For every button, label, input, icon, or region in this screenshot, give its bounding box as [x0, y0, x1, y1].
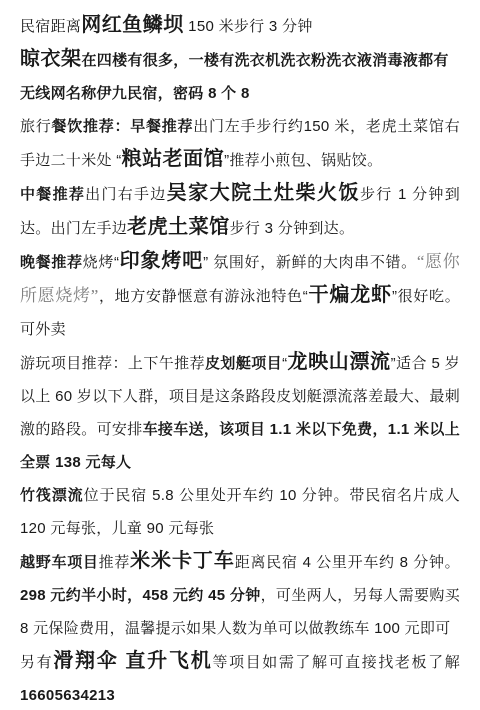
text-segment: 龙映山漂流 — [287, 351, 390, 373]
text-segment: 烧烤“ — [83, 254, 120, 271]
text-segment: 粮站老面馆 — [122, 148, 225, 170]
paragraph-lunch-recommendation: 中餐推荐出门右手边吴家大院土灶柴火饭步行 1 分钟到达。出门左手边老虎土菜馆步行… — [20, 177, 460, 245]
text-segment: 距离民宿 4 公里开车约 8 分钟。 — [235, 554, 460, 571]
paragraph-dinner-recommendation: 晚餐推荐烧烤“印象烤吧” 氛围好，新鲜的大肉串不错。“愿你所愿烧烤”，地方安静惬… — [20, 245, 460, 346]
paragraph-location-distance: 民宿距离网红鱼鳞坝 150 米步行 3 分钟 — [20, 9, 460, 43]
text-segment: 出门右手边 — [85, 186, 166, 203]
text-segment: ，地方安静惬意有游泳池特色“ — [99, 288, 309, 305]
paragraph-bamboo-rafting: 竹筏漂流位于民宿 5.8 公里处开车约 10 分钟。带民宿名片成人 120 元每… — [20, 479, 460, 545]
text-segment: 16605634213 — [20, 687, 115, 704]
text-segment: 等项目如需了解可直接找老板了解 — [212, 654, 460, 671]
text-segment: 中餐推荐 — [20, 186, 85, 203]
text-segment: 滑翔伞 直升飞机 — [53, 650, 212, 672]
text-segment: 皮划艇项目 — [205, 355, 282, 372]
text-segment: 印象烤吧 — [119, 250, 203, 272]
text-segment: 在四楼有很多，一楼有洗衣机洗衣粉洗衣液消毒液都有 — [82, 52, 449, 69]
text-segment: 竹筏漂流 — [20, 487, 84, 504]
paragraph-kart-offroad: 越野车项目推荐米米卡丁车距离民宿 4 公里开车约 8 分钟。298 元约半小时，… — [20, 545, 460, 645]
paragraph-breakfast-recommendation: 旅行餐饮推荐：早餐推荐出门左手步行约150 米，老虎土菜馆右手边二十米处 “粮站… — [20, 110, 460, 177]
text-segment: 无线网名称伊九民宿，密码 8 个 8 — [20, 85, 250, 102]
text-segment: 旅行 — [20, 118, 52, 135]
text-segment: 晾衣架 — [20, 48, 82, 70]
text-segment: 298 元约半小时，458 元约 45 分钟 — [20, 587, 261, 604]
paragraph-other-activities: 另有滑翔伞 直升飞机等项目如需了解可直接找老板了解 — [20, 645, 460, 679]
text-segment: 150 米步行 3 分钟 — [184, 18, 313, 35]
text-segment: 老虎土菜馆 — [127, 216, 230, 238]
text-segment: 推荐 — [99, 554, 130, 571]
paragraph-phone-number: 16605634213 — [20, 679, 460, 710]
text-segment: 网红鱼鳞坝 — [81, 14, 184, 36]
paragraph-kayak-rafting: 游玩项目推荐：上下午推荐皮划艇项目“龙映山漂流”适合 5 岁以上 60 岁以下人… — [20, 346, 460, 479]
document-body: 民宿距离网红鱼鳞坝 150 米步行 3 分钟晾衣架在四楼有很多，一楼有洗衣机洗衣… — [0, 0, 480, 710]
text-segment: 晚餐推荐 — [20, 254, 83, 271]
text-segment: 民宿距离 — [20, 18, 81, 35]
text-segment: ” 氛围好，新鲜的大肉串不错。 — [203, 254, 417, 271]
text-segment: 步行 3 分钟到达。 — [230, 220, 355, 237]
paragraph-laundry-info: 晾衣架在四楼有很多，一楼有洗衣机洗衣粉洗衣液消毒液都有 — [20, 43, 460, 77]
paragraph-wifi-info: 无线网名称伊九民宿，密码 8 个 8 — [20, 77, 460, 110]
text-segment: 越野车项目 — [20, 554, 99, 571]
text-segment: 干煸龙虾 — [308, 284, 392, 306]
text-segment: 吴家大院土灶柴火饭 — [167, 182, 360, 204]
text-segment: 餐饮推荐：早餐推荐 — [52, 118, 194, 135]
text-segment: ”推荐小煎包、锅贴饺。 — [224, 152, 382, 169]
text-segment: 米米卡丁车 — [130, 550, 235, 572]
text-segment: 另有 — [20, 654, 53, 671]
text-segment: 游玩项目推荐：上下午推荐 — [20, 355, 205, 372]
text-segment: 位于民宿 5.8 公里处开车约 10 分钟。带民宿名片成人 120 元每张，儿童… — [20, 487, 460, 537]
